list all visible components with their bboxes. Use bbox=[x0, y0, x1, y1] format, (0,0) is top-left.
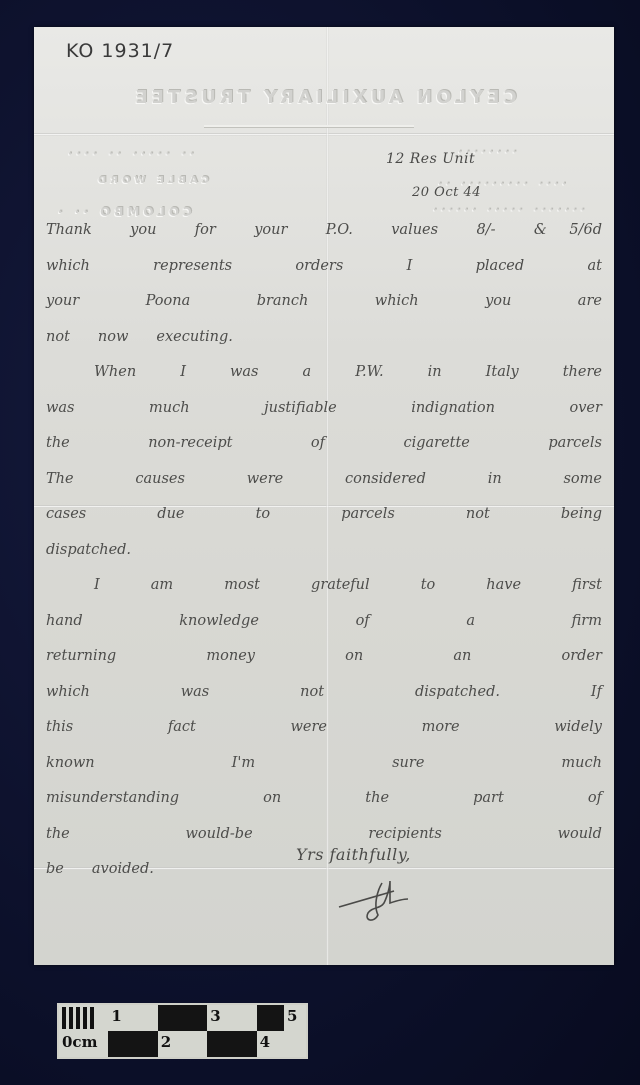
handwritten-word: be bbox=[46, 852, 64, 888]
handwritten-word: of bbox=[588, 781, 602, 817]
handwritten-word: which bbox=[46, 675, 90, 711]
handwritten-word: most bbox=[224, 568, 260, 604]
handwritten-word: non-receipt bbox=[148, 426, 232, 462]
handwritten-word: dispatched. bbox=[46, 533, 131, 569]
handwritten-word: was bbox=[181, 675, 210, 711]
scale-cell bbox=[207, 1031, 256, 1057]
scale-bar: 1 3 5 0cm 2 4 bbox=[57, 1003, 308, 1059]
handwritten-word: values bbox=[391, 213, 438, 249]
handwritten-line: thenon-receiptofcigaretteparcels bbox=[46, 426, 602, 462]
handwritten-word: to bbox=[256, 497, 271, 533]
handwritten-word: not bbox=[46, 320, 70, 356]
handwritten-word: order bbox=[562, 639, 602, 675]
handwritten-word: was bbox=[230, 355, 259, 391]
handwritten-word: much bbox=[149, 391, 190, 427]
handwritten-word: The bbox=[46, 462, 74, 498]
handwritten-word: much bbox=[561, 746, 602, 782]
handwritten-word: part bbox=[473, 781, 504, 817]
handwritten-word: Italy bbox=[486, 355, 519, 391]
handwritten-word: Poona bbox=[146, 284, 191, 320]
handwritten-line: yourPoonabranchwhichyouare bbox=[46, 284, 602, 320]
scale-label: 2 bbox=[158, 1031, 207, 1057]
handwritten-line: whichwasnotdispatched.If bbox=[46, 675, 602, 711]
handwritten-line: thisfactweremorewidely bbox=[46, 710, 602, 746]
closing: Yrs faithfully, bbox=[296, 845, 411, 864]
handwritten-word: knowledge bbox=[179, 604, 259, 640]
handwritten-word: the bbox=[46, 817, 70, 853]
handwritten-word: I bbox=[180, 355, 186, 391]
handwritten-word: known bbox=[46, 746, 95, 782]
handwritten-word: the bbox=[46, 426, 70, 462]
handwritten-word: of bbox=[356, 604, 370, 640]
embossed-letterhead-title: CEYLON AUXILIARY TRUSTEE bbox=[74, 87, 574, 108]
scale-label: 5 bbox=[284, 1005, 306, 1031]
handwritten-word: am bbox=[151, 568, 173, 604]
handwritten-word: the bbox=[365, 781, 389, 817]
handwritten-word: misunderstanding bbox=[46, 781, 179, 817]
handwritten-word: are bbox=[578, 284, 602, 320]
handwritten-line: returningmoneyonanorder bbox=[46, 639, 602, 675]
handwritten-word: in bbox=[488, 462, 502, 498]
handwritten-word: dispatched. bbox=[415, 675, 500, 711]
handwritten-word: on bbox=[263, 781, 281, 817]
handwritten-word: would-be bbox=[186, 817, 253, 853]
handwritten-line: Thecauseswereconsideredinsome bbox=[46, 462, 602, 498]
handwritten-word: branch bbox=[257, 284, 309, 320]
handwritten-word: justifiable bbox=[264, 391, 337, 427]
handwritten-word: for bbox=[195, 213, 216, 249]
handwritten-word: over bbox=[570, 391, 602, 427]
embossed-letterhead-line: ·· ····· ·· ···· bbox=[64, 147, 194, 160]
handwritten-word: were bbox=[290, 710, 327, 746]
handwritten-word: P.W. bbox=[355, 355, 383, 391]
handwritten-word: would bbox=[558, 817, 602, 853]
handwritten-word: your bbox=[46, 284, 79, 320]
handwritten-word: to bbox=[421, 568, 436, 604]
handwritten-word: an bbox=[453, 639, 471, 675]
sender-address: 12 Res Unit bbox=[386, 151, 475, 167]
handwritten-word: some bbox=[563, 462, 602, 498]
handwritten-word: fact bbox=[168, 710, 196, 746]
handwritten-word: firm bbox=[572, 604, 602, 640]
handwritten-word: more bbox=[422, 710, 460, 746]
handwritten-word: of bbox=[311, 426, 325, 462]
handwritten-word: have bbox=[486, 568, 521, 604]
handwritten-word: a bbox=[303, 355, 312, 391]
scale-label: 1 bbox=[108, 1005, 157, 1031]
handwritten-word: When bbox=[94, 355, 136, 391]
handwritten-word: cigarette bbox=[403, 426, 469, 462]
handwritten-word: I bbox=[94, 568, 100, 604]
handwritten-word: returning bbox=[46, 639, 116, 675]
handwritten-word: parcels bbox=[341, 497, 395, 533]
handwritten-word: money bbox=[206, 639, 255, 675]
handwritten-word: avoided. bbox=[92, 852, 154, 888]
handwritten-word: there bbox=[563, 355, 602, 391]
handwritten-line: knownI'msuremuch bbox=[46, 746, 602, 782]
scale-cell: 5 bbox=[257, 1005, 306, 1031]
handwritten-word: now bbox=[98, 320, 128, 356]
scale-label-text: 4 bbox=[260, 1033, 270, 1051]
handwritten-word: & 5/6d bbox=[534, 213, 602, 249]
handwritten-word: not bbox=[466, 497, 490, 533]
handwritten-line: casesduetoparcelsnotbeing bbox=[46, 497, 602, 533]
handwritten-line: dispatched. bbox=[46, 533, 602, 569]
handwritten-word: placed bbox=[476, 249, 525, 285]
scale-label: 3 bbox=[207, 1005, 256, 1031]
handwritten-word: were bbox=[247, 462, 284, 498]
letter-paper: KO 1931/7 CEYLON AUXILIARY TRUSTEE ·· ··… bbox=[34, 27, 614, 965]
handwritten-word: your bbox=[254, 213, 287, 249]
handwritten-word: cases bbox=[46, 497, 86, 533]
handwritten-line: Iammostgratefultohavefirst bbox=[46, 568, 602, 604]
handwritten-word: orders bbox=[295, 249, 343, 285]
letter-body: ThankyouforyourP.O.values8/-& 5/6dwhichr… bbox=[46, 213, 602, 888]
handwritten-word: I'm bbox=[232, 746, 255, 782]
fold-line bbox=[34, 133, 614, 136]
handwritten-word: If bbox=[591, 675, 602, 711]
handwritten-word: not bbox=[300, 675, 324, 711]
handwritten-word: represents bbox=[153, 249, 232, 285]
handwritten-word: grateful bbox=[311, 568, 370, 604]
handwritten-word: this bbox=[46, 710, 73, 746]
handwritten-word: causes bbox=[135, 462, 185, 498]
handwritten-line: ThankyouforyourP.O.values8/-& 5/6d bbox=[46, 213, 602, 249]
handwritten-word: you bbox=[485, 284, 511, 320]
handwritten-word: widely bbox=[554, 710, 602, 746]
handwritten-word: indignation bbox=[411, 391, 495, 427]
scale-cell bbox=[158, 1005, 207, 1031]
handwritten-word: was bbox=[46, 391, 75, 427]
handwritten-line: whichrepresentsordersIplacedat bbox=[46, 249, 602, 285]
handwritten-word: executing. bbox=[156, 320, 233, 356]
handwritten-word: I bbox=[407, 249, 413, 285]
handwritten-word: hand bbox=[46, 604, 83, 640]
handwritten-word: P.O. bbox=[326, 213, 353, 249]
accession-number: KO 1931/7 bbox=[66, 40, 174, 62]
handwritten-line: handknowledgeofafirm bbox=[46, 604, 602, 640]
scale-label: 0cm bbox=[59, 1031, 108, 1057]
scale-cell bbox=[108, 1031, 157, 1057]
handwritten-line: WhenIwasaP.W.inItalythere bbox=[46, 355, 602, 391]
embossed-rule bbox=[204, 125, 414, 127]
handwritten-word: 8/- bbox=[476, 213, 495, 249]
handwritten-word: at bbox=[587, 249, 601, 285]
letter-date: 20 Oct 44 bbox=[412, 185, 481, 200]
handwritten-word: on bbox=[345, 639, 363, 675]
handwritten-word: parcels bbox=[548, 426, 602, 462]
handwritten-line: notnowexecuting. bbox=[46, 320, 602, 356]
handwritten-line: misunderstandingonthepartof bbox=[46, 781, 602, 817]
signature-icon bbox=[334, 877, 424, 927]
handwritten-word: in bbox=[428, 355, 442, 391]
handwritten-word: sure bbox=[392, 746, 424, 782]
handwritten-word: a bbox=[466, 604, 475, 640]
embossed-letterhead-line: CABLE WORD bbox=[94, 175, 209, 186]
millimeter-ticks bbox=[59, 1005, 108, 1031]
handwritten-word: first bbox=[572, 568, 602, 604]
handwritten-line: wasmuchjustifiableindignationover bbox=[46, 391, 602, 427]
handwritten-word: due bbox=[157, 497, 184, 533]
handwritten-word: which bbox=[46, 249, 90, 285]
handwritten-word: considered bbox=[345, 462, 426, 498]
handwritten-word: being bbox=[561, 497, 602, 533]
handwritten-word: you bbox=[130, 213, 156, 249]
handwritten-word: which bbox=[375, 284, 419, 320]
handwritten-word: Thank bbox=[46, 213, 92, 249]
scale-label: 4 bbox=[257, 1031, 306, 1057]
